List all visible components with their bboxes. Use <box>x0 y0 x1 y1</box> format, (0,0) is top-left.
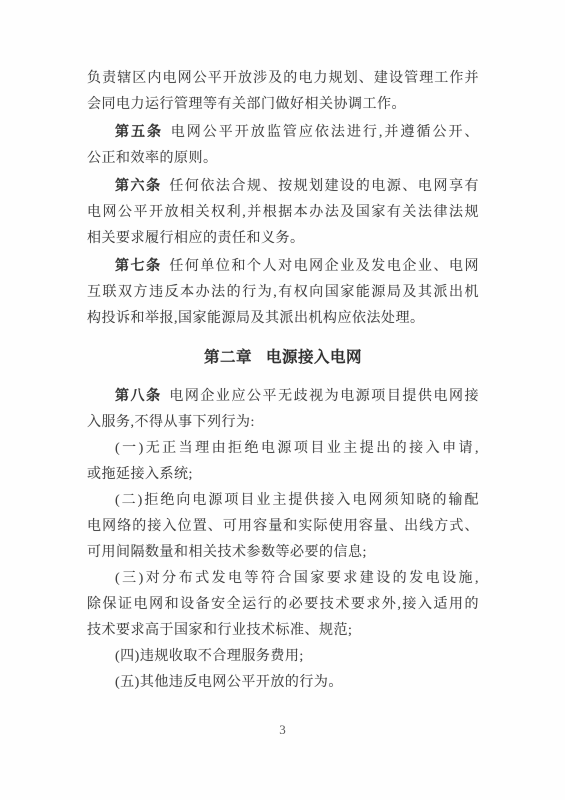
document-body: 负责辖区内电网公平开放涉及的电力规划、建设管理工作并会同电力运行管理等有关部门做… <box>87 66 479 696</box>
text-line: 互联双方违反本办法的行为,有权向国家能源局及其派出机 <box>87 280 479 306</box>
line-text: 任何单位和个人对电网企业及发电企业、电网 <box>169 259 479 274</box>
text-line: (四)违规收取不合理服务费用; <box>87 644 479 670</box>
text-line: 除保证电网和设备安全运行的必要技术要求外,接入适用的 <box>87 592 479 618</box>
text-line: 公正和效率的原则。 <box>87 146 479 172</box>
text-line: 第七条任何单位和个人对电网企业及发电企业、电网 <box>87 252 479 280</box>
line-text: 任何依法合规、按规划建设的电源、电网享有 <box>169 179 479 194</box>
line-text: 电网企业应公平无歧视为电源项目提供电网接 <box>169 389 479 404</box>
text-line: 或拖延接入系统; <box>87 462 479 488</box>
chapter-heading: 第二章电源接入电网 <box>87 345 479 371</box>
document-page: 负责辖区内电网公平开放涉及的电力规划、建设管理工作并会同电力运行管理等有关部门做… <box>0 0 565 800</box>
text-line: 可用间隔数量和相关技术参数等必要的信息; <box>87 540 479 566</box>
article-number: 第六条 <box>115 177 162 193</box>
line-text: 电网公平开放监管应依法进行,并遵循公开、 <box>171 125 479 140</box>
text-line: 负责辖区内电网公平开放涉及的电力规划、建设管理工作并 <box>87 66 479 92</box>
text-line: (三)对分布式发电等符合国家要求建设的发电设施, <box>87 566 479 592</box>
text-line: (一)无正当理由拒绝电源项目业主提出的接入申请, <box>87 436 479 462</box>
text-line: 第六条任何依法合规、按规划建设的电源、电网享有 <box>87 172 479 200</box>
chapter-number: 第二章 <box>204 349 252 366</box>
text-line: 入服务,不得从事下列行为: <box>87 410 479 436</box>
text-line: 第五条电网公平开放监管应依法进行,并遵循公开、 <box>87 118 479 146</box>
text-line: 电网络的接入位置、可用容量和实际使用容量、出线方式、 <box>87 514 479 540</box>
page-number: 3 <box>0 722 565 738</box>
article-number: 第五条 <box>115 123 163 139</box>
text-line: 技术要求高于国家和行业技术标准、规范; <box>87 618 479 644</box>
text-line: (五)其他违反电网公平开放的行为。 <box>87 670 479 696</box>
text-line: 第八条电网企业应公平无歧视为电源项目提供电网接 <box>87 382 479 410</box>
article-number: 第八条 <box>115 387 162 403</box>
text-line: 电网公平开放相关权利,并根据本办法及国家有关法律法规 <box>87 200 479 226</box>
text-line: 相关要求履行相应的责任和义务。 <box>87 226 479 252</box>
text-line: 会同电力运行管理等有关部门做好相关协调工作。 <box>87 92 479 118</box>
text-line: 构投诉和举报,国家能源局及其派出机构应依法处理。 <box>87 306 479 332</box>
text-line: (二)拒绝向电源项目业主提供接入电网须知晓的输配 <box>87 488 479 514</box>
line-text: 电源接入电网 <box>266 349 362 366</box>
article-number: 第七条 <box>115 257 162 273</box>
